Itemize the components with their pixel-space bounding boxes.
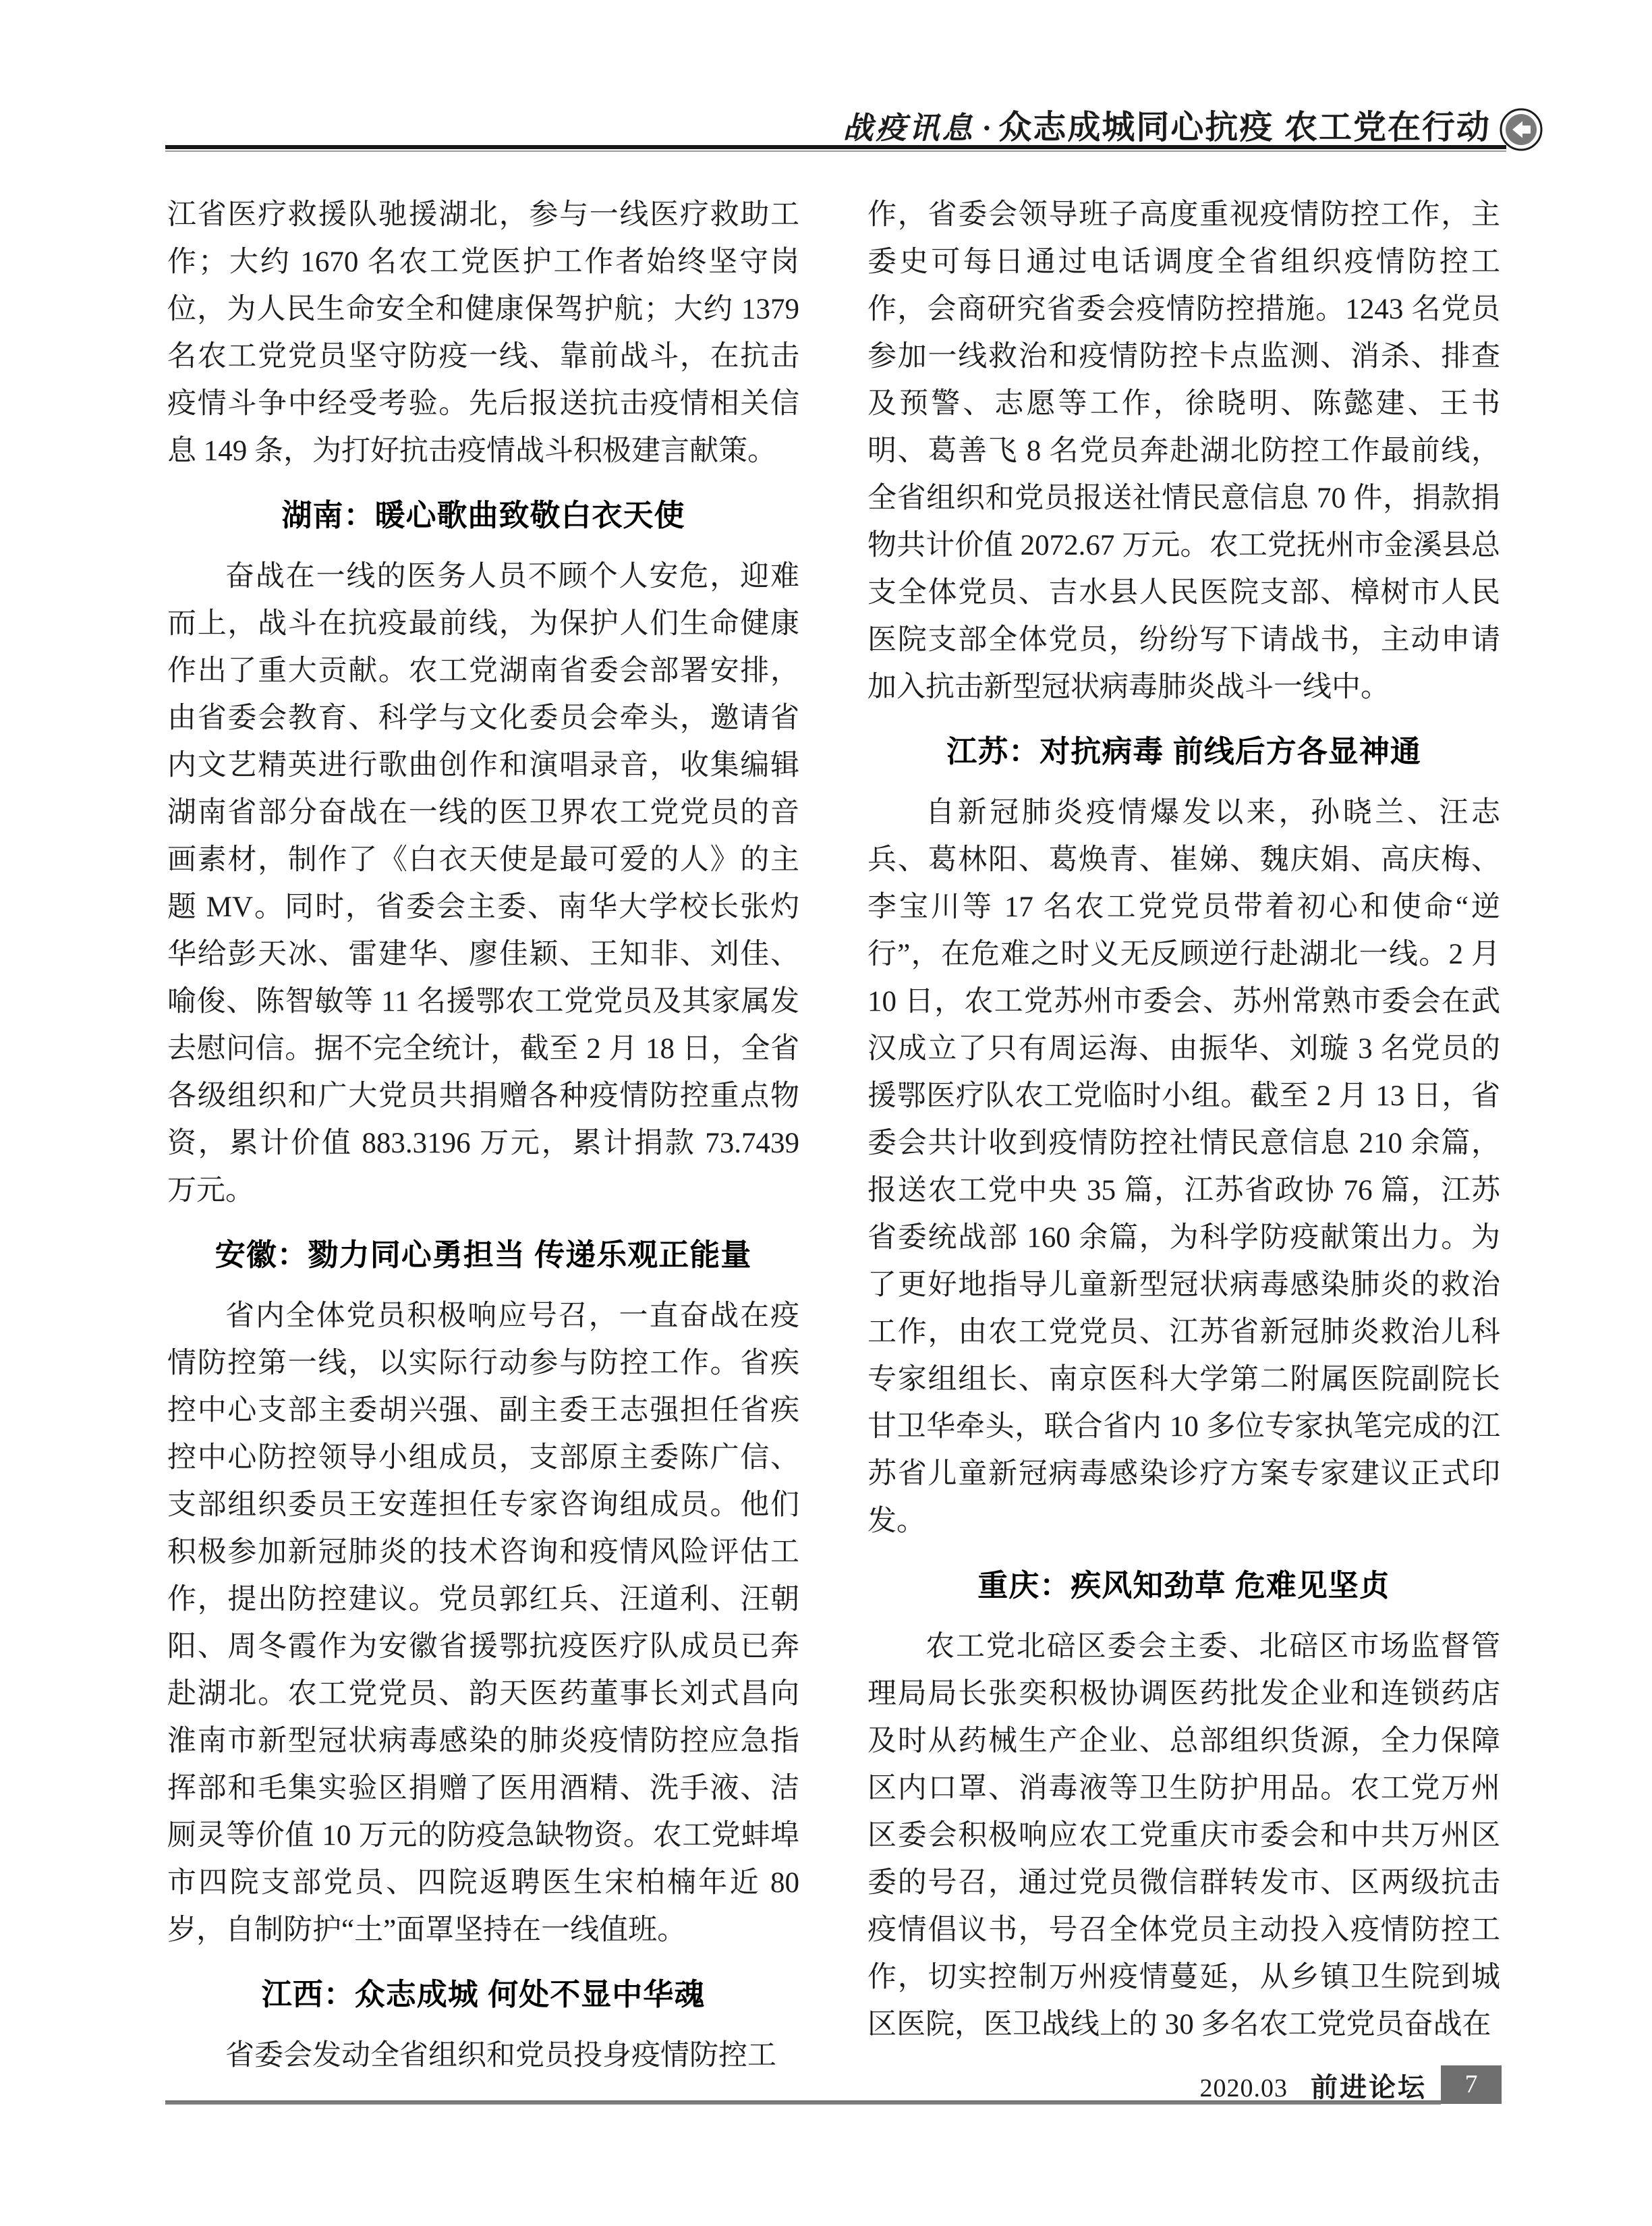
magazine-page: 战疫讯息·众志成城同心抗疫 农工党在行动 江省医疗救援队驰援湖北，参与一线医疗救… <box>0 0 1652 2226</box>
paragraph-continuation: 作，省委会领导班子高度重视疫情防控工作，主委史可每日通过电话调度全省组织疫情防控… <box>867 192 1500 711</box>
footer-journal-name: 前进论坛 <box>1311 2073 1427 2103</box>
paragraph: 省内全体党员积极响应号召，一直奋战在疫情防控第一线，以实际行动参与防控工作。省疾… <box>167 1293 799 1954</box>
section-heading-anhui: 安徽：勠力同心勇担当 传递乐观正能量 <box>167 1231 799 1279</box>
section-heading-jiangsu: 江苏：对抗病毒 前线后方各显神通 <box>867 727 1500 776</box>
paragraph: 自新冠肺炎疫情爆发以来，孙晓兰、汪志兵、葛林阳、葛焕青、崔娣、魏庆娟、高庆梅、李… <box>867 789 1500 1545</box>
page-footer: 2020.03前进论坛 <box>165 2066 1427 2105</box>
paragraph: 奋战在一线的医务人员不顾个人安危，迎难而上，战斗在抗疫最前线，为保护人们生命健康… <box>167 553 799 1215</box>
header-rule-shadow <box>165 150 1506 152</box>
header-series-title: 战疫讯息 <box>843 111 975 145</box>
header-separator-dot: · <box>981 111 992 145</box>
section-heading-jiangxi: 江西：众志成城 何处不显中华魂 <box>167 1970 799 2019</box>
page-number-badge: 7 <box>1441 2065 1502 2104</box>
header-section-title: 众志成城同心抗疫 农工党在行动 <box>998 109 1491 146</box>
left-column: 江省医疗救援队驰援湖北，参与一线医疗救助工作；大约 1670 名农工党医护工作者… <box>167 192 799 2080</box>
header-rule <box>165 145 1506 149</box>
paragraph-continuation: 江省医疗救援队驰援湖北，参与一线医疗救助工作；大约 1670 名农工党医护工作者… <box>167 192 799 475</box>
footer-rule <box>165 2100 1441 2105</box>
footer-issue-date: 2020.03 <box>1200 2074 1288 2103</box>
paragraph: 农工党北碚区委会主委、北碚区市场监督管理局局长张奕积极协调医药批发企业和连锁药店… <box>867 1623 1500 2049</box>
section-heading-chongqing: 重庆：疾风知劲草 危难见坚贞 <box>867 1561 1500 1610</box>
page-header: 战疫讯息·众志成城同心抗疫 农工党在行动 <box>165 101 1491 148</box>
section-heading-hunan: 湖南：暖心歌曲致敬白衣天使 <box>167 491 799 540</box>
right-column: 作，省委会领导班子高度重视疫情防控工作，主委史可每日通过电话调度全省组织疫情防控… <box>867 192 1500 2049</box>
